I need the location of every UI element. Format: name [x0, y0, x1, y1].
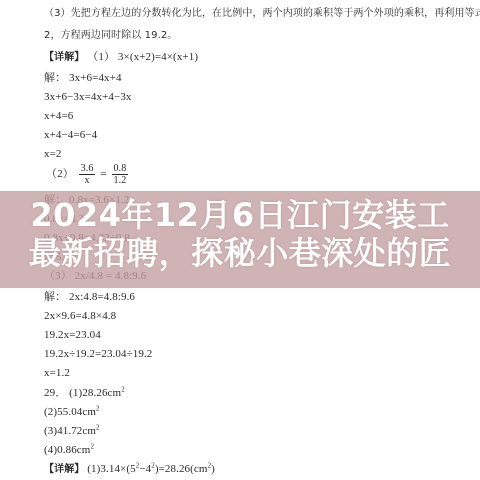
solution-step: x+4=6	[44, 109, 73, 123]
solution-result: x=1.2	[44, 366, 70, 380]
solution-step: 19.2x=23.04	[44, 328, 101, 342]
detail-label: 【详解】	[44, 464, 84, 475]
detail-heading: 【详解】 (1)3.14×(52−42)=28.26(cm2)	[44, 462, 215, 477]
solution-step: 2x×9.6=4.8×4.8	[44, 309, 116, 323]
note-text-line: 2，方程两边同时除以 19.2。	[44, 29, 177, 43]
solution-step: 19.2x÷19.2=23.04÷19.2	[44, 347, 152, 361]
answer-item: 29． (1)28.26cm2	[44, 386, 125, 400]
detail-label: 【详解】	[44, 52, 84, 63]
document-page: （3）先把方程左边的分数转化为比，在比例中，两个内项的乘积等于两个外项的乘积，再…	[0, 0, 480, 480]
equation: （1） 3×(x+2)=4×(x+1)	[87, 51, 198, 63]
headline-line-1: 2024年12月6日江门安装工	[0, 196, 480, 234]
headline-line-2: 最新招聘，探秘小巷深处的匠	[0, 234, 480, 272]
answer-item: (3)41.72cm2	[44, 424, 100, 438]
fraction-equation: （2） 3.6 x = 0.8 1.2	[46, 163, 130, 186]
solution-result: x=2	[44, 147, 62, 161]
solution-step: x+4−4=6−4	[44, 128, 97, 142]
fraction: 0.8 1.2	[112, 163, 129, 186]
solution-step: 解： 2x:4.8=4.8:9.6	[44, 290, 135, 304]
answer-item: (4)0.86cm2	[44, 443, 94, 457]
solution-step: 解： 3x+6=4x+4	[44, 71, 122, 85]
equation-label: （2）	[46, 168, 74, 180]
fraction: 3.6 x	[79, 163, 96, 186]
note-text-line: （3）先把方程左边的分数转化为比，在比例中，两个内项的乘积等于两个外项的乘积，再…	[44, 7, 480, 21]
solution-step: 3x+6−3x=4x+4−3x	[44, 90, 132, 104]
detail-heading: 【详解】 （1） 3×(x+2)=4×(x+1)	[44, 50, 198, 65]
answer-item: (2)55.04cm2	[44, 405, 100, 419]
headline-title: 2024年12月6日江门安装工 最新招聘，探秘小巷深处的匠	[0, 196, 480, 272]
